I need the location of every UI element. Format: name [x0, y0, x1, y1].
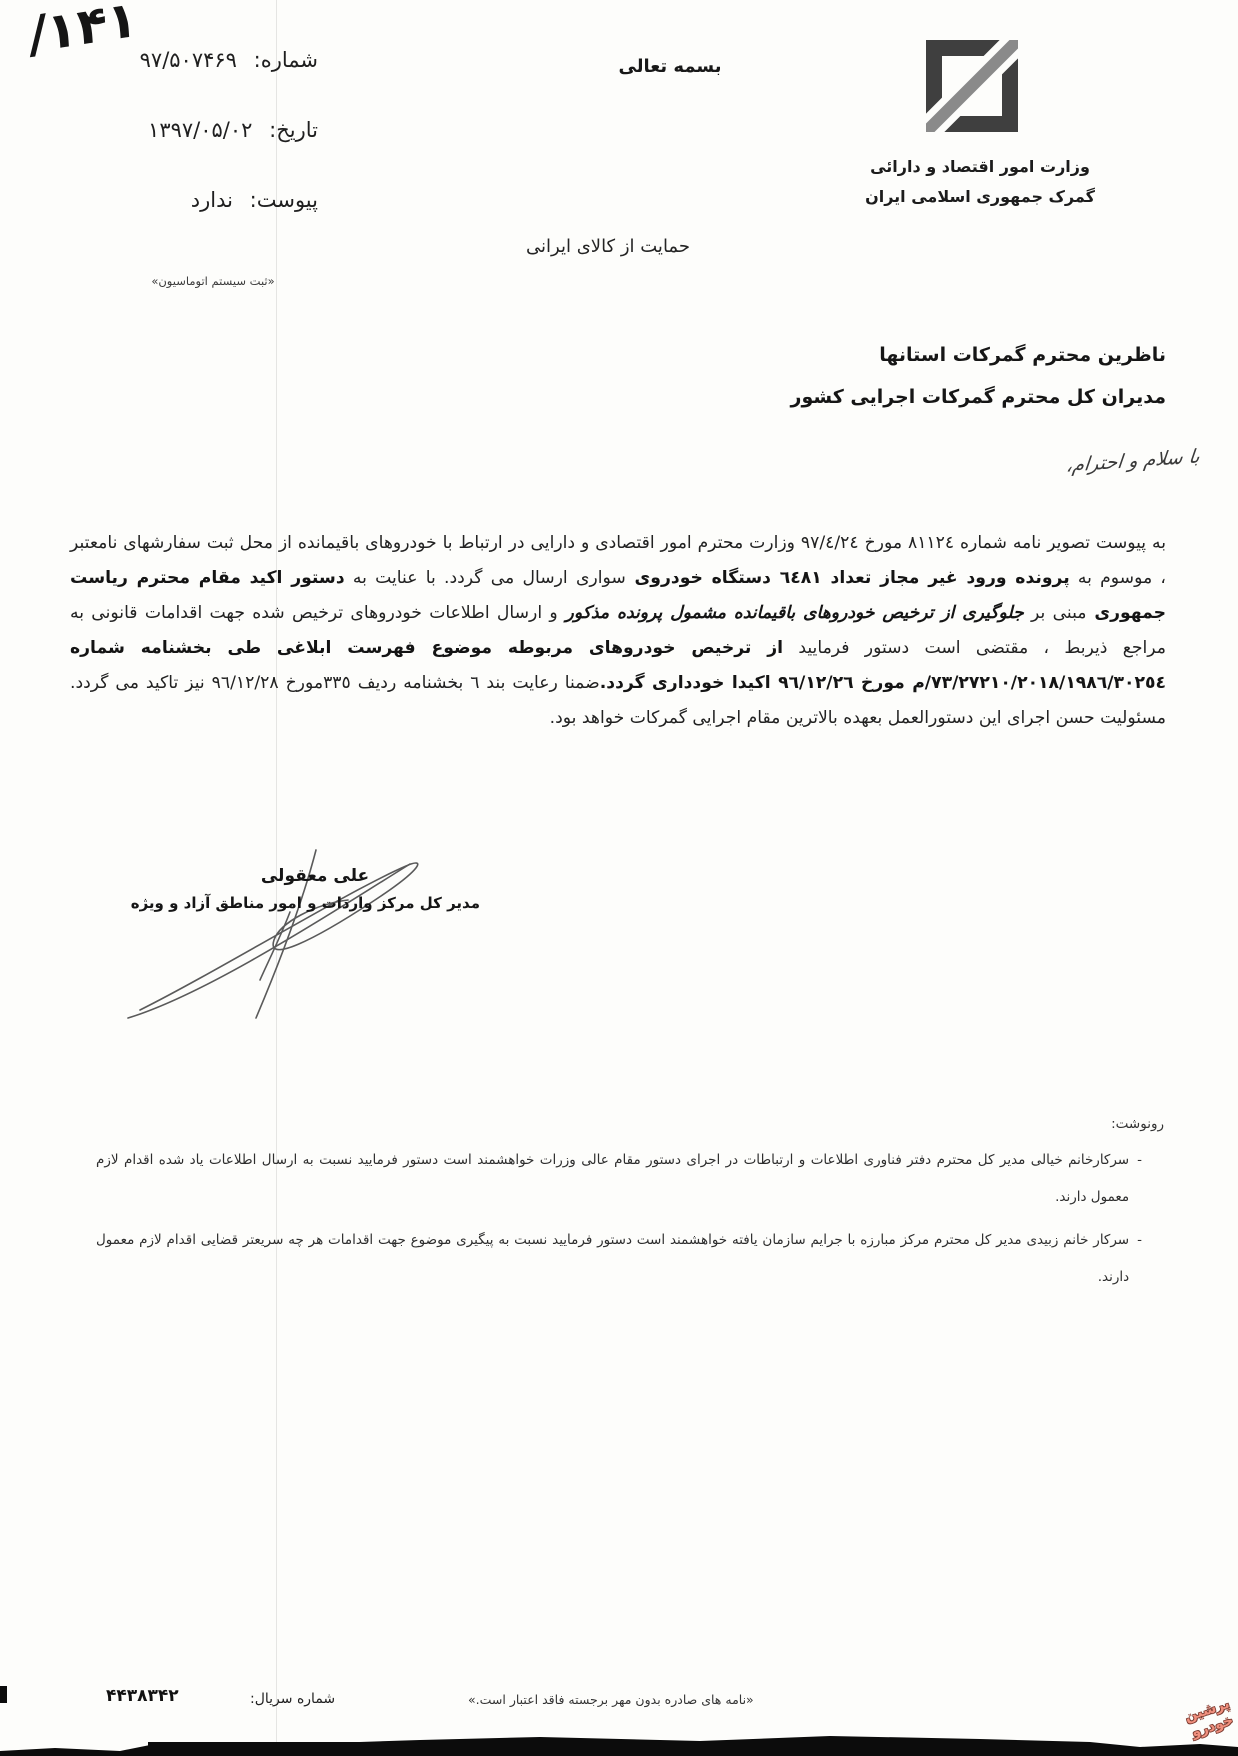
signature-block: علی معقولی مدیر کل مرکز واردات و امور من…: [150, 862, 480, 916]
footer-disclaimer: «نامه های صادره بدون مهر برجسته فاقد اعت…: [468, 1692, 754, 1707]
iran-customs-logo-icon: [922, 36, 1022, 136]
recipient-line: مدیران کل محترم گمرکات اجرایی کشور: [791, 376, 1166, 418]
letter-body: به پیوست تصویر نامه شماره ٨١١٢٤ مورخ ٩٧/…: [70, 526, 1166, 736]
field-attachment: پیوست: ندارد: [78, 188, 318, 258]
letter-meta-fields: شماره: ۹۷/۵۰۷۴۶۹ تاریخ: ۱۳۹۷/۰۵/۰۲ پیوست…: [78, 48, 318, 258]
field-date: تاریخ: ۱۳۹۷/۰۵/۰۲: [78, 118, 318, 188]
signer-name: علی معقولی: [150, 862, 480, 890]
organization-name: گمرک جمهوری اسلامی ایران: [840, 182, 1120, 212]
recipients-block: ناظرین محترم گمرکات استانها مدیران کل مح…: [791, 334, 1166, 418]
cc-item: - سرکار خانم زبیدی مدیر کل محترم مرکز مب…: [96, 1222, 1142, 1296]
number-value: ۹۷/۵۰۷۴۶۹: [140, 48, 237, 72]
cc-dash: -: [1137, 1222, 1142, 1296]
cc-heading: رونوشت:: [1111, 1116, 1164, 1132]
date-label: تاریخ:: [269, 118, 318, 142]
number-label: شماره:: [254, 48, 318, 72]
letterhead: وزارت امور اقتصاد و دارائی گمرک جمهوری ا…: [840, 152, 1120, 212]
automation-note: «ثبت سیستم اتوماسیون»: [128, 274, 298, 288]
body-run: پرونده ورود غیر مجاز تعداد ٦٤٨١ دستگاه خ…: [626, 568, 1070, 588]
cc-dash: -: [1137, 1142, 1142, 1216]
bismillah-heading: بسمه تعالی: [560, 56, 780, 77]
cc-text: سرکارخانم خیالی مدیر کل محترم دفتر فناور…: [96, 1142, 1129, 1216]
scanned-letter-page: ۱۴۱/ شماره: ۹۷/۵۰۷۴۶۹ تاریخ: ۱۳۹۷/۰۵/۰۲ …: [0, 0, 1238, 1756]
year-slogan: حمایت از کالای ایرانی: [498, 236, 718, 257]
serial-value: ۴۴۳۸۳۴۲: [106, 1686, 179, 1706]
handwritten-greeting: با سلام و احترام،: [1009, 445, 1201, 480]
cc-text: سرکار خانم زبیدی مدیر کل محترم مرکز مبار…: [96, 1222, 1129, 1296]
attachment-value: ندارد: [191, 188, 233, 212]
cc-item: - سرکارخانم خیالی مدیر کل محترم دفتر فنا…: [96, 1142, 1142, 1216]
date-value: ۱۳۹۷/۰۵/۰۲: [148, 118, 252, 142]
attachment-label: پیوست:: [250, 188, 318, 212]
body-run: سواری ارسال می گردد. با عنایت به: [345, 568, 626, 588]
ministry-name: وزارت امور اقتصاد و دارائی: [840, 152, 1120, 182]
persian-khodro-watermark: پرشین خودرو: [1174, 1693, 1238, 1745]
signer-title: مدیر کل مرکز واردات و امور مناطق آزاد و …: [150, 890, 480, 916]
field-number: شماره: ۹۷/۵۰۷۴۶۹: [78, 48, 318, 118]
body-run: جلوگیری از ترخیص خودروهای باقیمانده مشمو…: [558, 603, 1024, 623]
body-run: مبنی بر: [1024, 603, 1087, 623]
cc-list: - سرکارخانم خیالی مدیر کل محترم دفتر فنا…: [96, 1142, 1142, 1302]
recipient-line: ناظرین محترم گمرکات استانها: [791, 334, 1166, 376]
serial-label: شماره سریال:: [250, 1691, 335, 1707]
